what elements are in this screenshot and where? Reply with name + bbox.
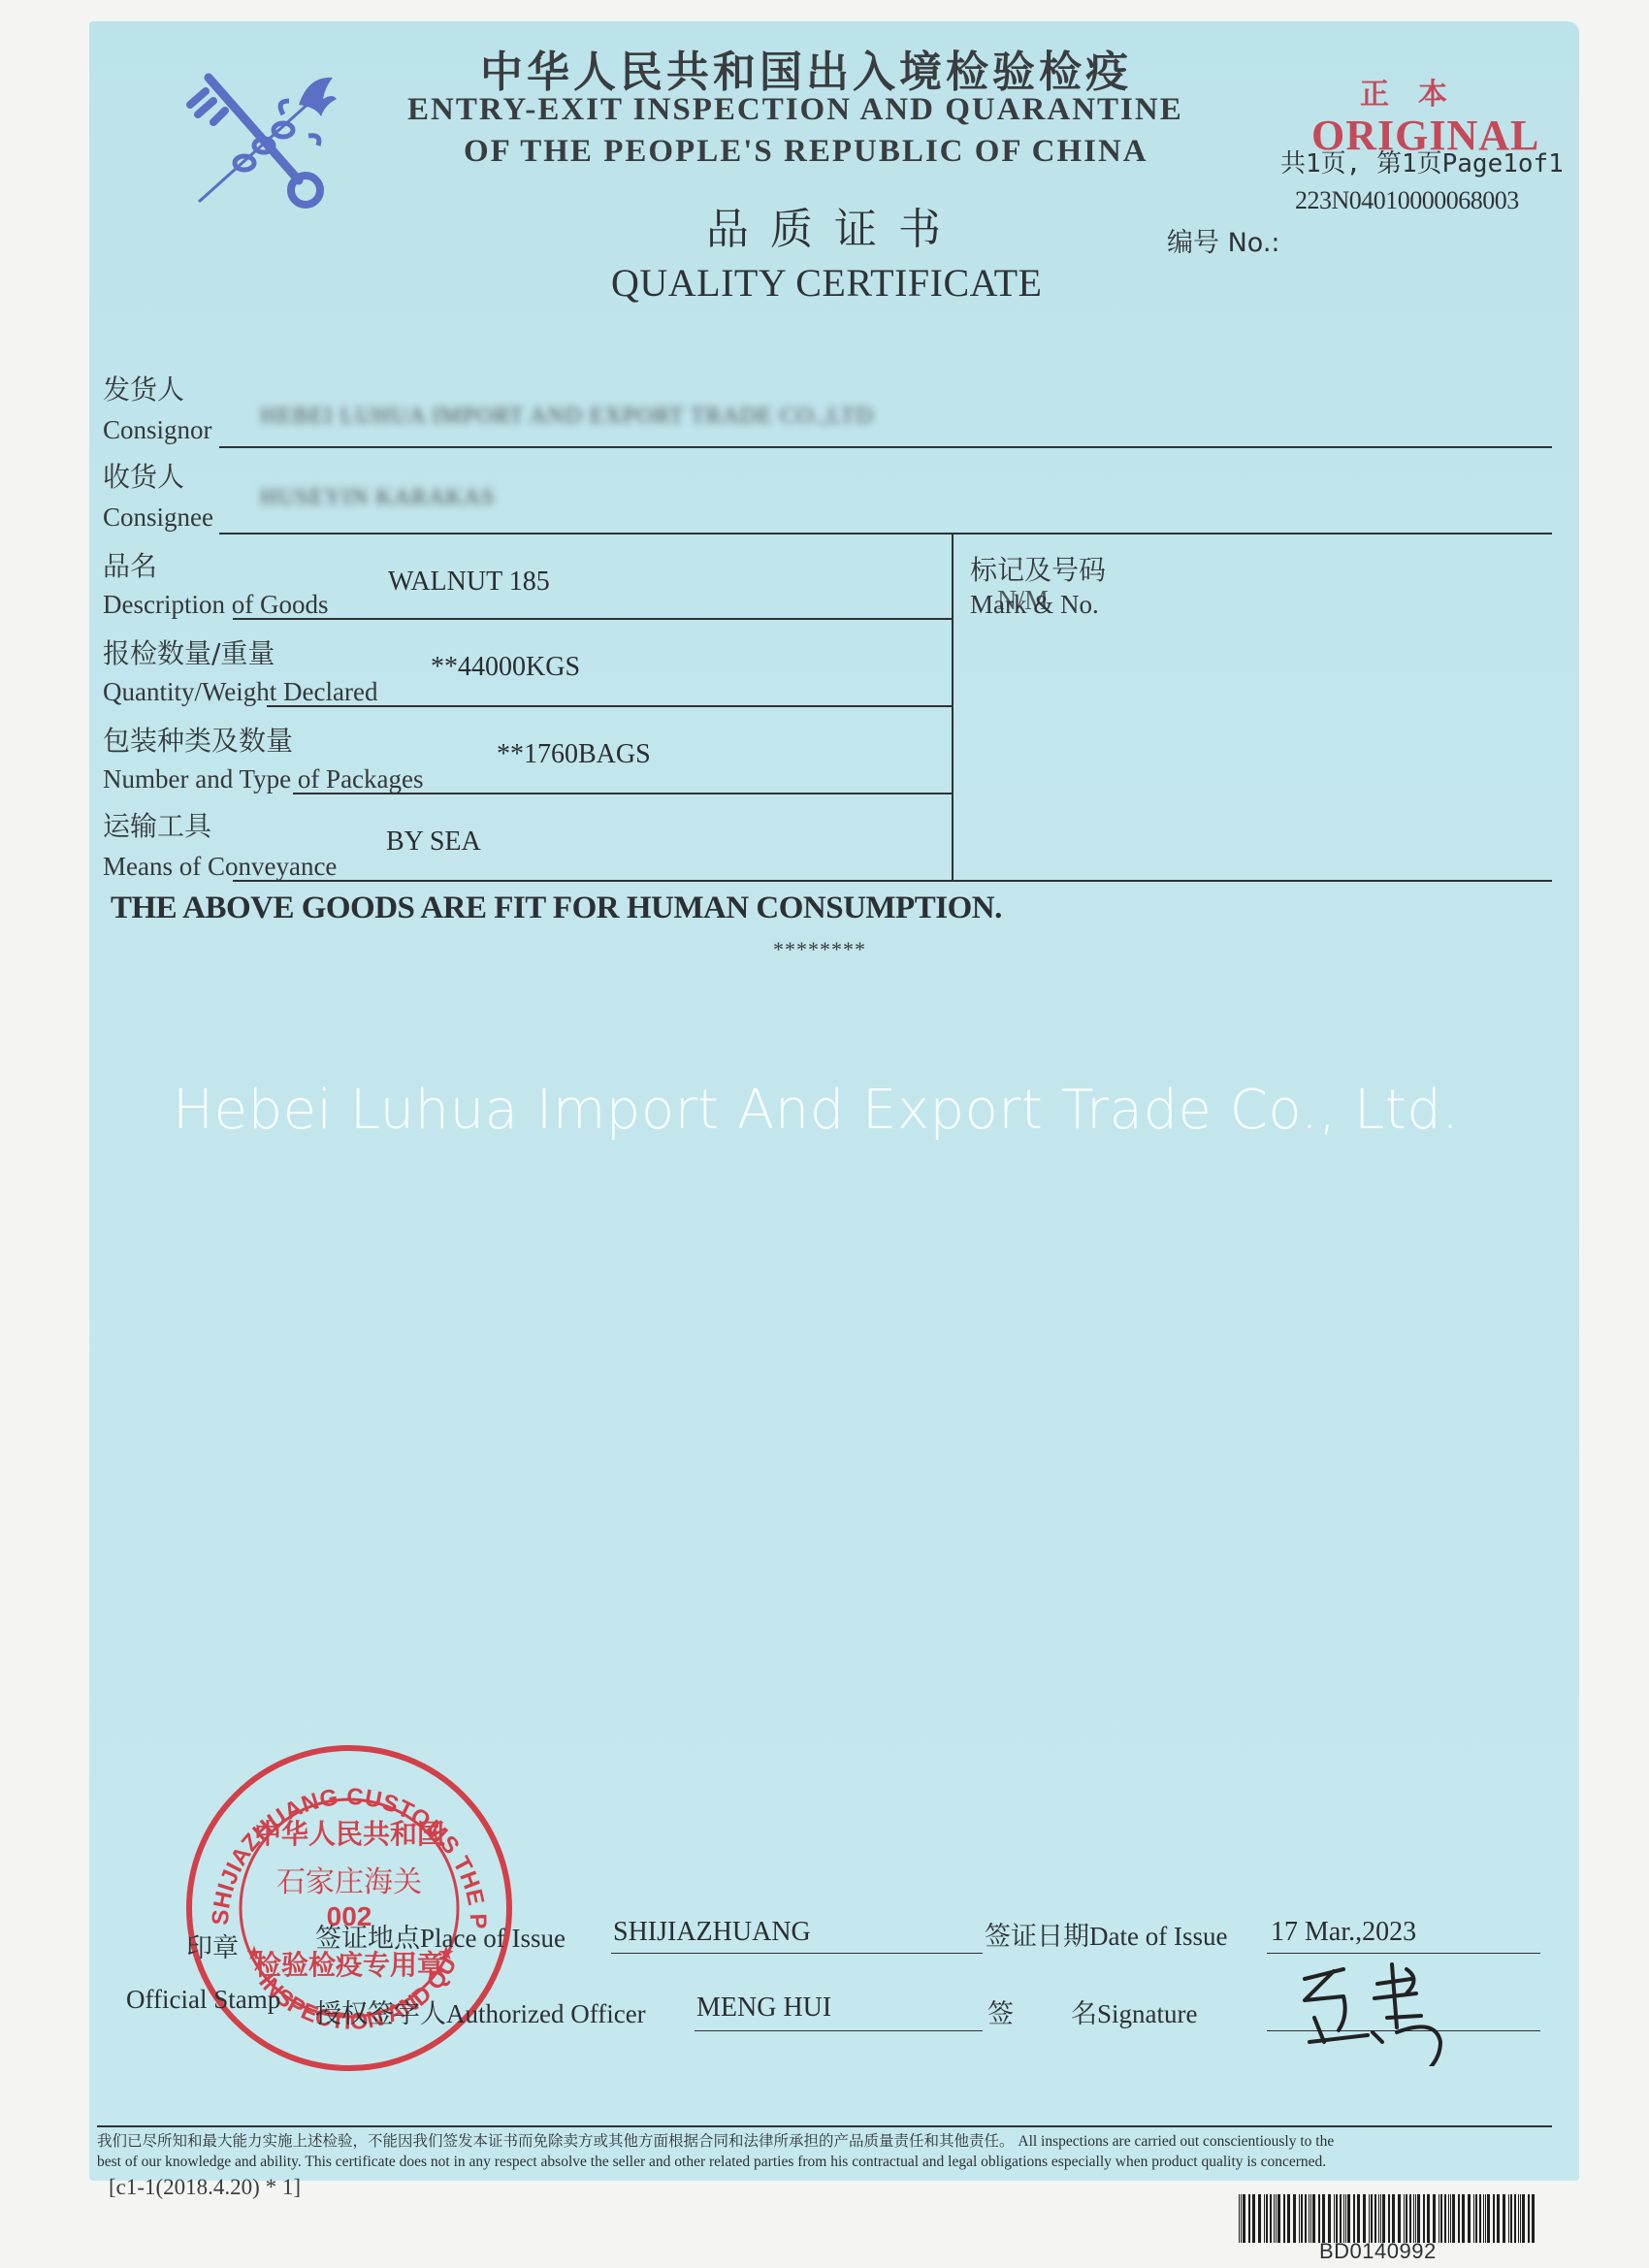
packages-label-cn: 包装种类及数量 [103, 720, 293, 759]
marks-value: N/M [997, 586, 1049, 617]
consignee-label-cn: 收货人 [103, 456, 184, 495]
consignee-underline [219, 533, 1552, 535]
consignor-label-cn: 发货人 [103, 369, 184, 407]
barcode [1237, 2194, 1537, 2243]
page-indicator: 共1页, 第1页Page1of1 [1280, 144, 1564, 179]
description-underline [233, 618, 952, 620]
quantity-label-en: Quantity/Weight Declared [103, 677, 377, 707]
handwritten-signature [1295, 1950, 1470, 2066]
description-label-cn: 品名 [103, 545, 157, 584]
stamp-inner-top: 中华人民共和国 [254, 1818, 444, 1850]
quantity-underline [267, 705, 952, 707]
footer-rule [97, 2125, 1552, 2127]
barcode-number: BD0140992 [1319, 2239, 1437, 2264]
conveyance-label-en: Means of Conveyance [103, 852, 337, 882]
date-of-issue-label: 签证日期Date of Issue [985, 1915, 1227, 1953]
consignor-underline [219, 446, 1552, 448]
place-of-issue-value: SHIJIAZHUANG [613, 1917, 811, 1948]
document-type-en: QUALITY CERTIFICATE [611, 260, 1042, 306]
disclaimer-line-2: best of our knowledge and ability. This … [97, 2152, 1552, 2172]
consignee-value: HUSEYIN KARAKAS [260, 485, 495, 511]
signature-label-cn: 签 [987, 1993, 1014, 2030]
disclaimer-line-1: 我们已尽所知和最大能力实施上述检验，不能因我们签发本证书而免除卖方或其他方面根据… [97, 2131, 1552, 2152]
authority-title-cn: 中华人民共和国出入境检验检疫 [480, 37, 1132, 99]
authorized-officer-underline [695, 2030, 983, 2031]
number-label: 编号 No.: [1167, 221, 1280, 259]
signature-label: 名Signature [1071, 1993, 1197, 2030]
packages-label-en: Number and Type of Packages [103, 764, 424, 794]
conveyance-value: BY SEA [386, 826, 481, 858]
svg-text:★: ★ [245, 1943, 263, 1964]
consignor-label-en: Consignor [103, 415, 212, 445]
authorized-officer-value: MENG HUI [696, 1993, 831, 2024]
fitness-statement: THE ABOVE GOODS ARE FIT FOR HUMAN CONSUM… [111, 891, 1002, 926]
marks-divider [952, 533, 954, 882]
company-watermark: Hebei Luhua Import And Export Trade Co.,… [173, 1079, 1460, 1142]
conveyance-label-cn: 运输工具 [103, 805, 211, 844]
authority-title-en-line1: ENTRY-EXIT INSPECTION AND QUARANTINE [407, 92, 1183, 128]
packages-underline [293, 793, 952, 794]
end-of-content-marker: ******** [773, 937, 866, 962]
stamp-label-cn: 印章 [186, 1927, 239, 1964]
authority-title-en-line2: OF THE PEOPLE'S REPUBLIC OF CHINA [464, 134, 1148, 170]
description-value: WALNUT 185 [388, 567, 550, 598]
stamp-label-en: Official Stamp [126, 1985, 280, 2015]
packages-value: **1760BAGS [497, 739, 651, 770]
key-caduceus-emblem-icon [175, 66, 339, 211]
original-mark-cn: 正本 [1360, 70, 1476, 113]
place-of-issue-underline [611, 1953, 983, 1954]
description-label-en: Description of Goods [103, 590, 328, 620]
marks-label-cn: 标记及号码 [970, 549, 1106, 588]
conveyance-underline [233, 880, 1552, 882]
place-of-issue-label: 签证地点Place of Issue [315, 1917, 566, 1955]
authorized-officer-label: 授权签字人Authorized Officer [315, 1993, 646, 2030]
consignee-label-en: Consignee [103, 502, 213, 533]
quantity-value: **44000KGS [431, 652, 580, 683]
quantity-label-cn: 报检数量/重量 [103, 632, 275, 671]
form-code: [c1-1(2018.4.20) * 1] [109, 2175, 301, 2200]
date-of-issue-value: 17 Mar.,2023 [1271, 1917, 1416, 1948]
certificate-number: 223N04010000068003 [1295, 186, 1519, 215]
consignor-value: HEBEI LUHUA IMPORT AND EXPORT TRADE CO.,… [260, 404, 874, 430]
document-type-cn: 品质证书 [706, 194, 962, 256]
stamp-inner-middle: 石家庄海关 [276, 1865, 422, 1899]
